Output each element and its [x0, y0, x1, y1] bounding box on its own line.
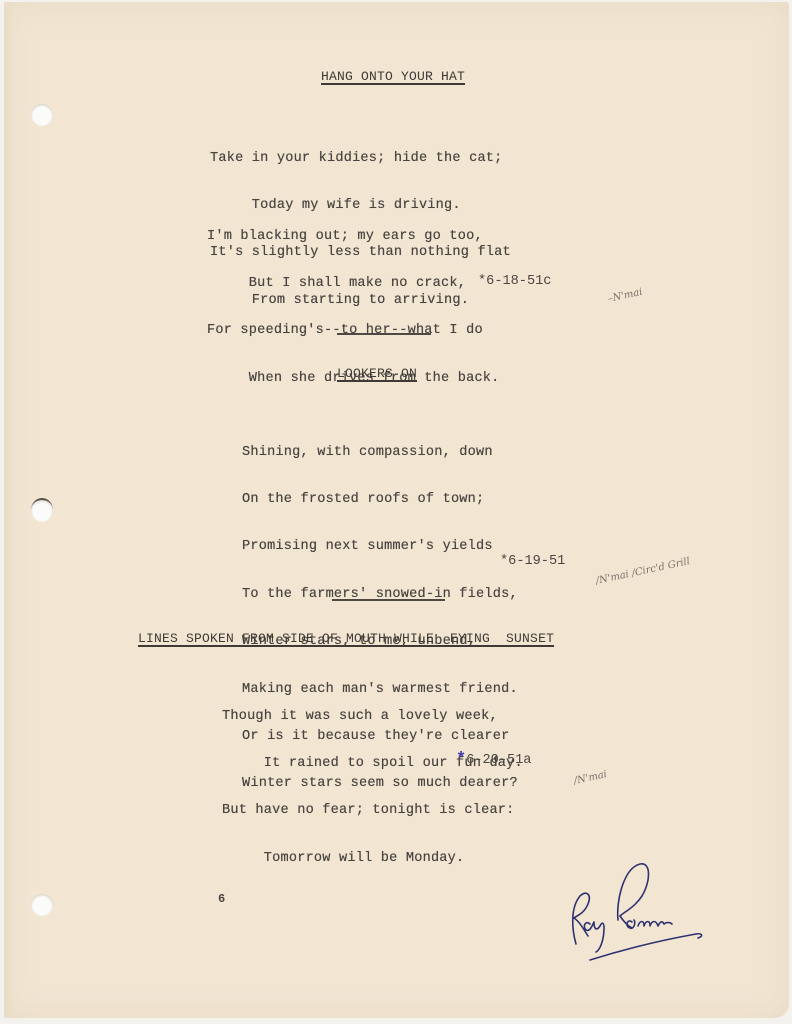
document-page: HANG ONTO YOUR HAT Take in your kiddies;…	[4, 2, 789, 1018]
poem-3-stanza-1: Though it was such a lovely week, It rai…	[222, 677, 523, 898]
poem-line: Though it was such a lovely week,	[222, 709, 523, 725]
date-code-poem-3: *6-20-51a	[456, 750, 531, 769]
page-edge-shade	[4, 2, 14, 1018]
date-code-poem-1: *6-18-51c	[478, 274, 551, 289]
punch-hole-middle	[31, 498, 53, 522]
section-divider	[332, 599, 445, 601]
poem-1-stanza-2: I'm blacking out; my ears go too, But I …	[207, 197, 500, 418]
handwritten-note-poem-3: /N'mai	[573, 769, 608, 787]
poem-title-lines-spoken: LINES SPOKEN FROM SIDE OF MOUTH WHILE EY…	[138, 631, 554, 646]
blue-asterisk-mark: *	[456, 750, 466, 769]
handwritten-note-poem-1: –N'mai	[607, 287, 644, 305]
poem-line: I'm blacking out; my ears go too,	[207, 229, 500, 245]
poem-line: Tomorrow will be Monday.	[222, 851, 523, 867]
poem-title-hang-onto-your-hat: HANG ONTO YOUR HAT	[321, 69, 465, 84]
poem-line: On the frosted roofs of town;	[242, 492, 518, 508]
punch-hole-top	[31, 104, 53, 126]
section-divider	[337, 333, 431, 335]
signature-ray-romine: Ray Romine	[562, 860, 712, 970]
date-code-text: 6-20-51a	[466, 753, 531, 768]
handwritten-note-poem-2: /N'mai /Circ'd Grill	[595, 556, 691, 587]
date-code-poem-2: *6-19-51	[500, 554, 565, 569]
poem-line: Take in your kiddies; hide the cat;	[210, 151, 511, 167]
page-number: 6	[218, 892, 225, 906]
poem-line: Promising next summer's yields	[242, 539, 518, 555]
poem-line: Shining, with compassion, down	[242, 445, 518, 461]
poem-line: But have no fear; tonight is clear:	[222, 803, 523, 819]
poem-title-lookers-on: LOOKERS ON	[337, 366, 417, 381]
poem-line: But I shall make no crack,	[207, 276, 500, 292]
punch-hole-bottom	[31, 894, 53, 916]
poem-line: For speeding's--to her--what I do	[207, 323, 500, 339]
